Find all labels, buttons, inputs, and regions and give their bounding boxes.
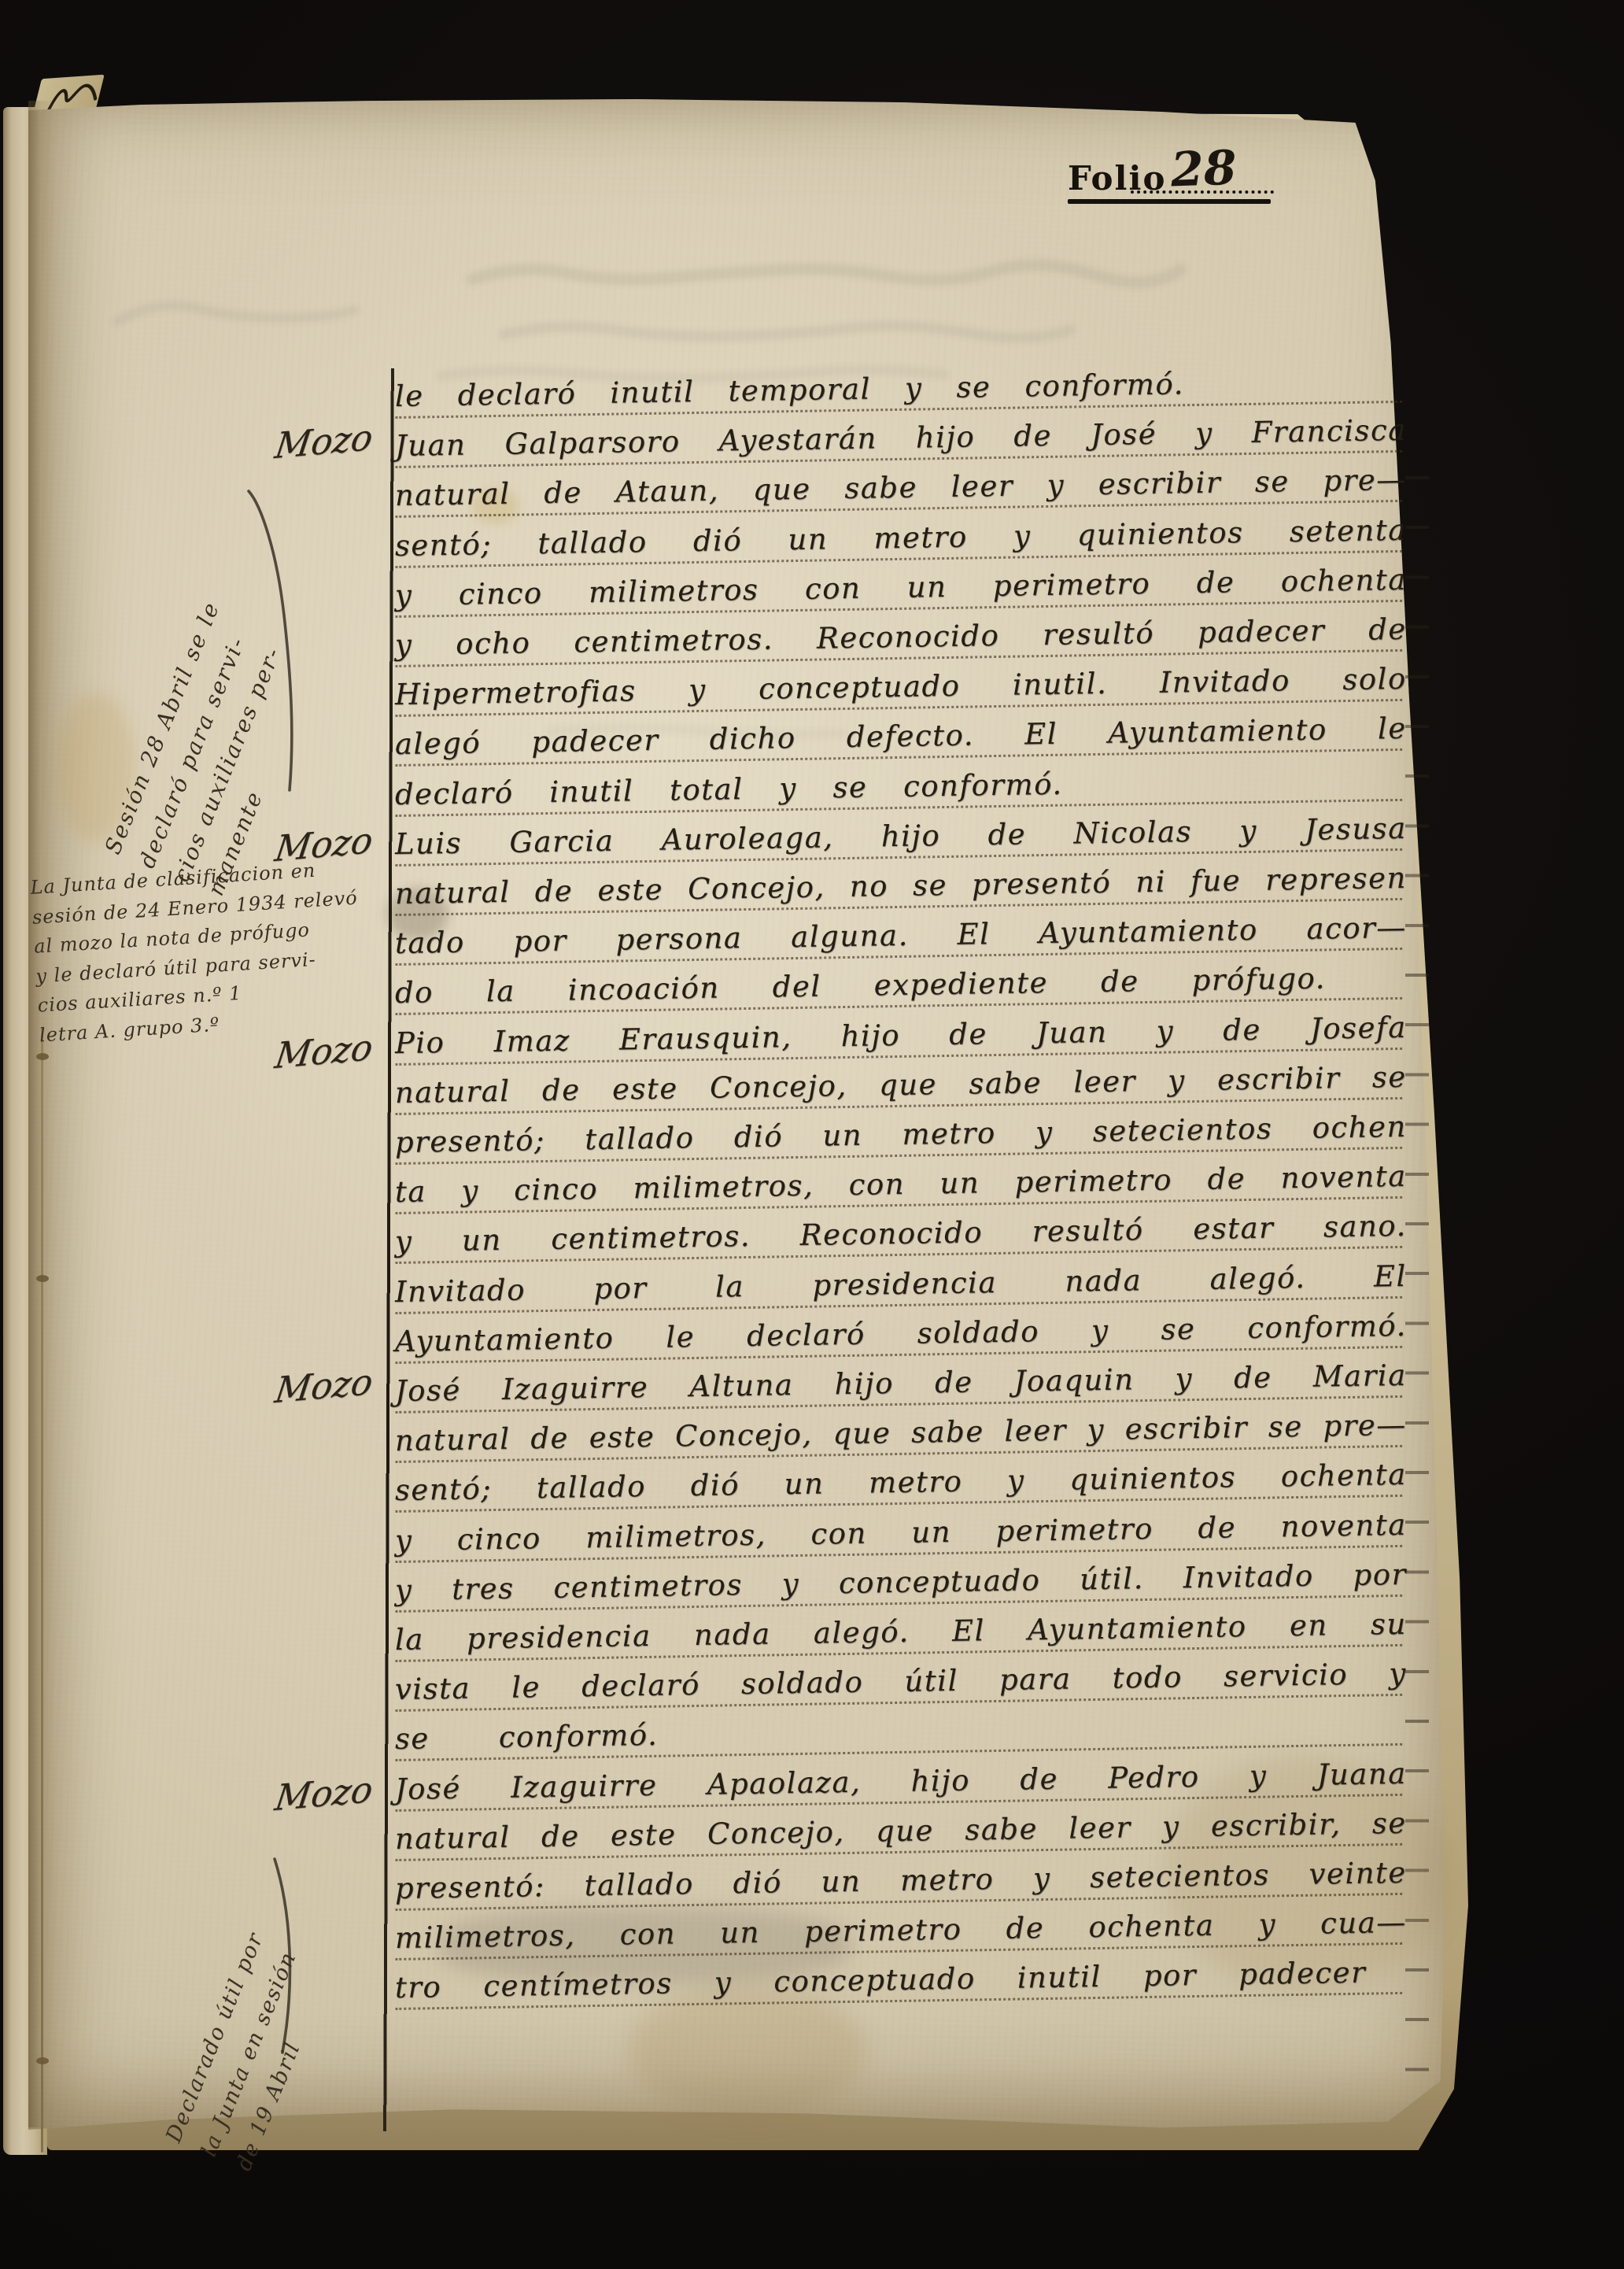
binding-stitch xyxy=(36,1275,49,1282)
folio-underline xyxy=(1068,199,1271,204)
book-scan: Folio 28 le declaró inutil temporal y se… xyxy=(0,0,1624,2269)
binding-stitch xyxy=(36,1053,49,1060)
manuscript-line-text: se conformó. xyxy=(394,1714,658,1761)
folio-label: Folio xyxy=(1068,159,1166,198)
folio-number: 28 xyxy=(1170,141,1238,198)
ruled-line-stubs xyxy=(1405,441,1429,2078)
binding-stitch xyxy=(36,2057,49,2064)
binding-thread xyxy=(41,1027,43,2153)
margin-note-junta: La Junta de clasificacion en sesión de 2… xyxy=(30,852,394,1050)
